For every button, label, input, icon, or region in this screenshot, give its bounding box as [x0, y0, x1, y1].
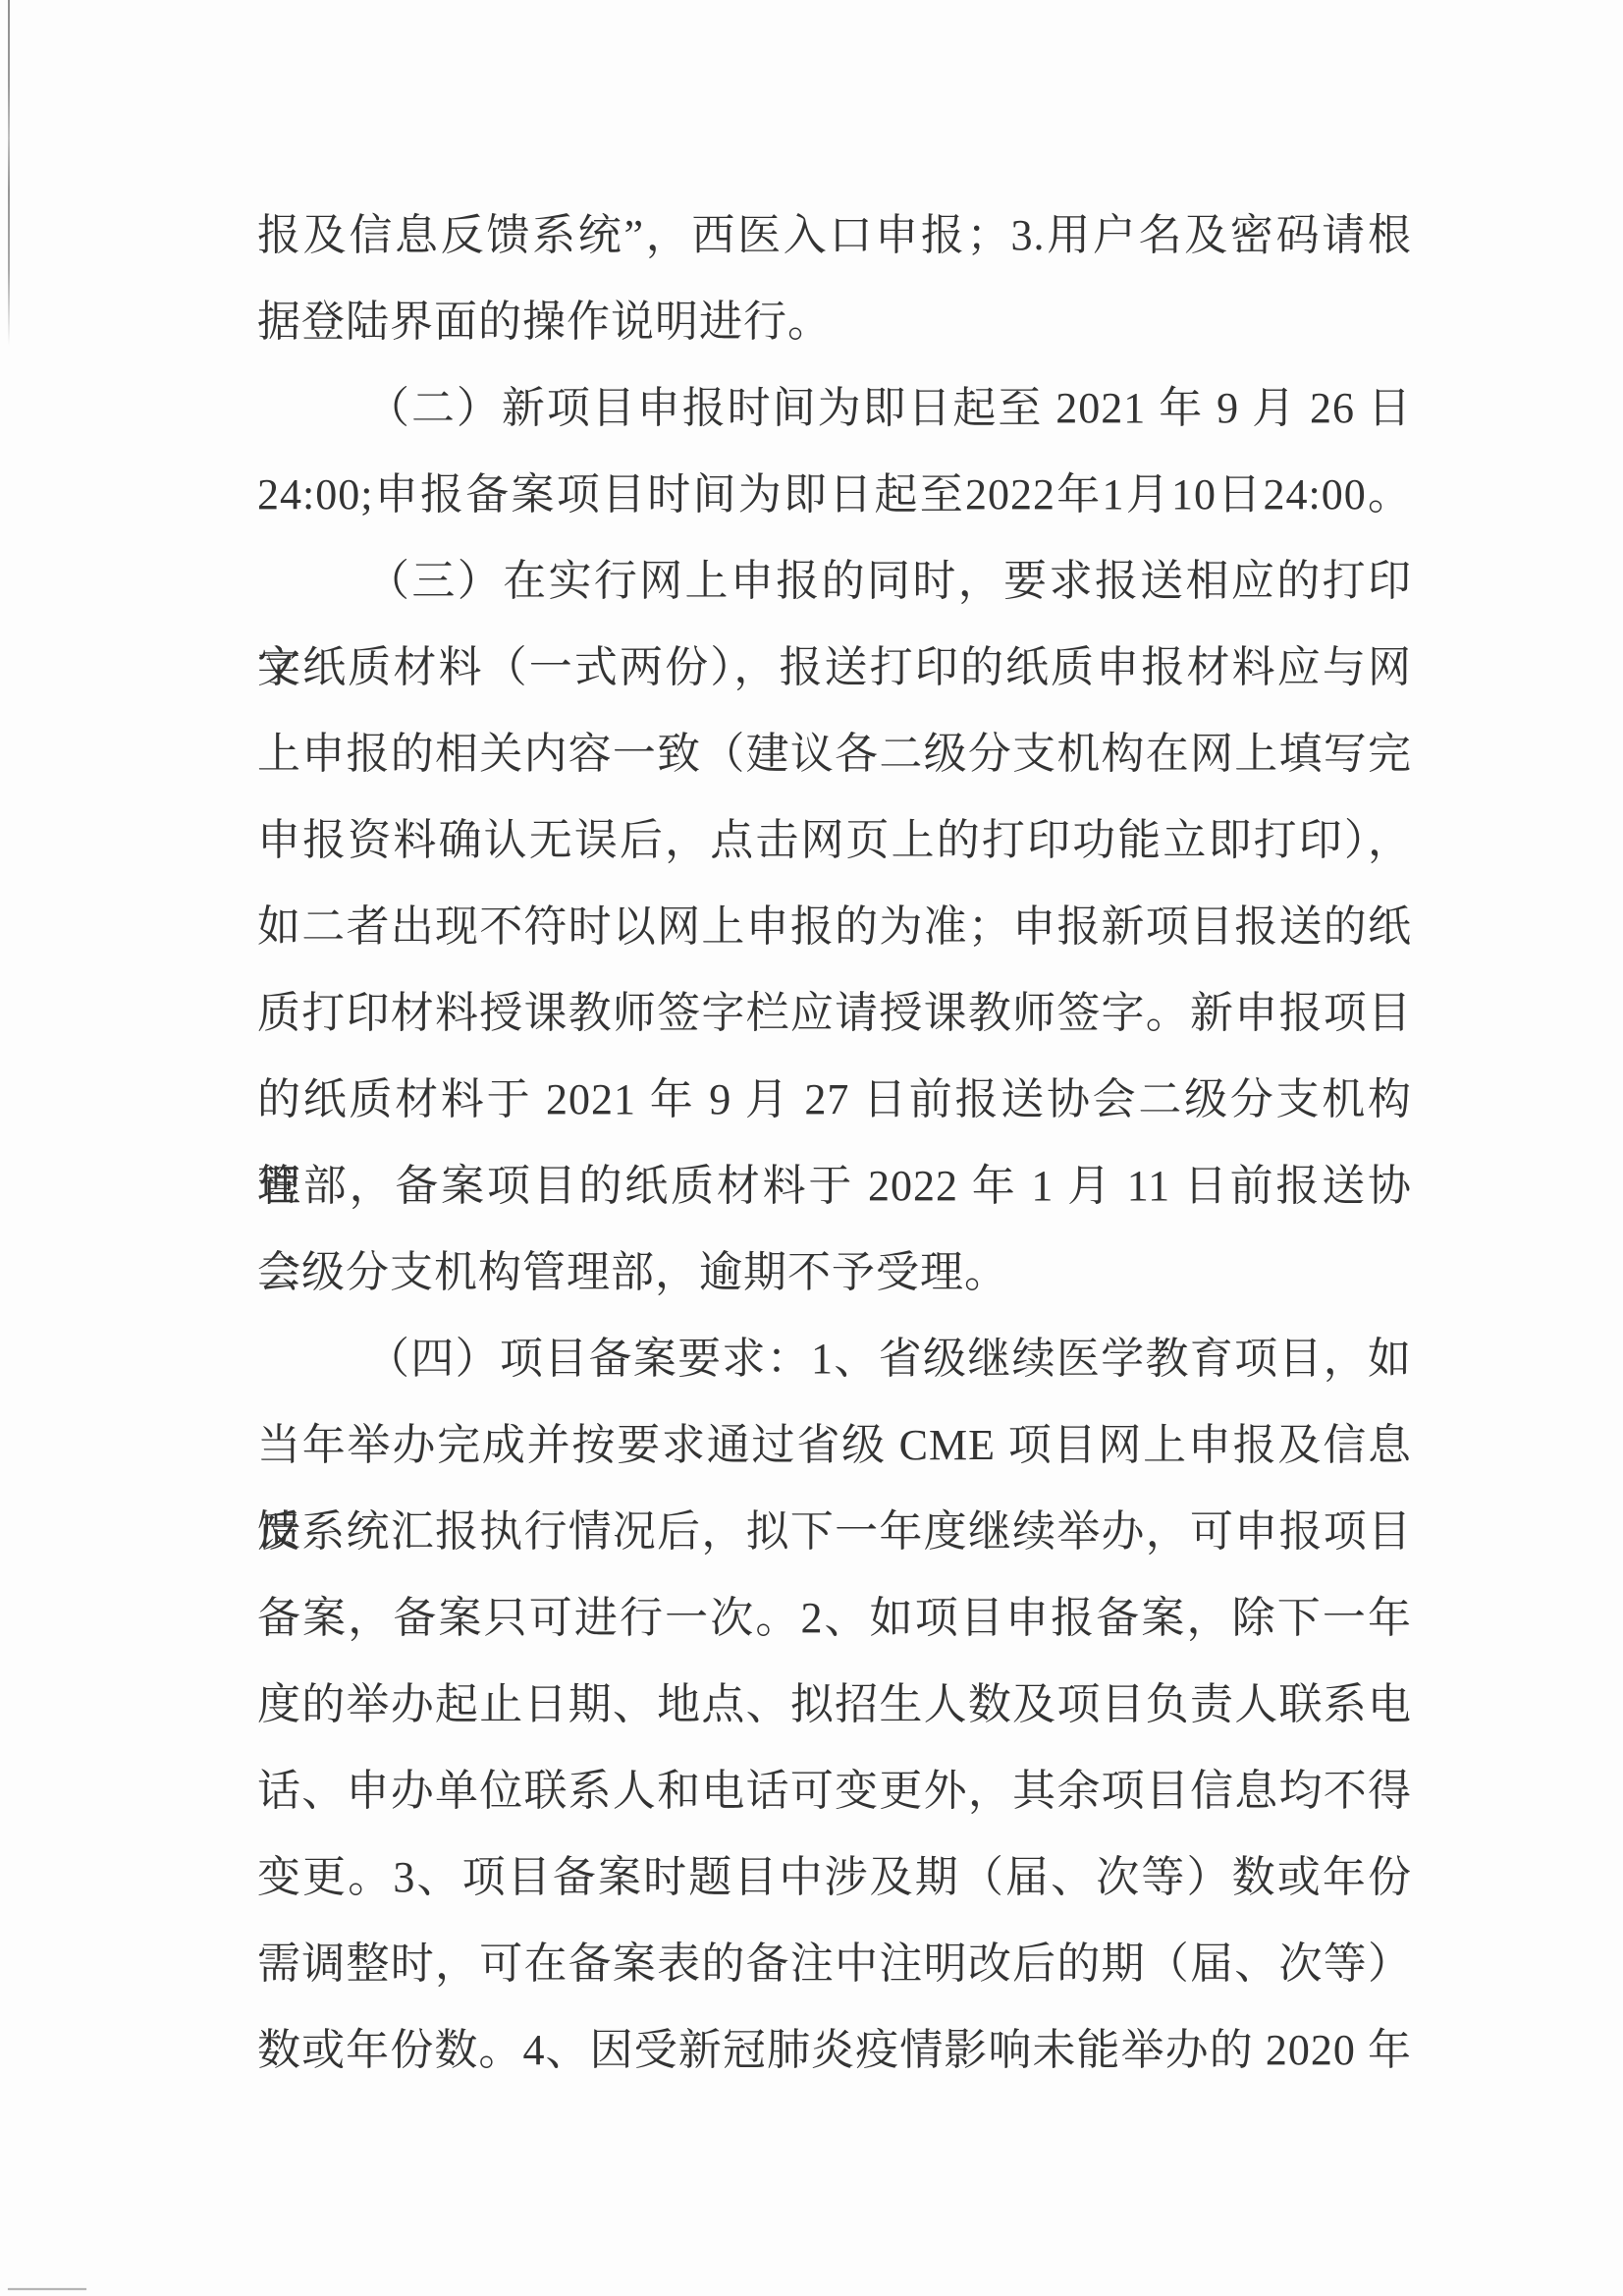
text-line: 需调整时，可在备案表的备注中注明改后的期（届、次等）: [257, 1921, 1412, 2007]
text-line: （二）新项目申报时间为即日起至 2021 年 9 月 26 日: [257, 365, 1412, 452]
scan-artifact-bottom-left-line: [8, 2288, 86, 2290]
text-line: 话、申办单位联系人和电话可变更外，其余项目信息均不得: [257, 1748, 1412, 1834]
text-line: 的纸质材料于 2021 年 9 月 27 日前报送协会二级分支机构管: [257, 1057, 1412, 1143]
text-line: （四）项目备案要求：1、省级继续医学教育项目，如: [257, 1316, 1412, 1402]
document-page: 报及信息反馈系统”，西医入口申报；3.用户名及密码请根 据登陆界面的操作说明进行…: [0, 0, 1623, 2296]
text-line: 报及信息反馈系统”，西医入口申报；3.用户名及密码请根: [257, 192, 1412, 279]
scan-artifact-left-edge-line: [8, 0, 10, 346]
text-line: 理部，备案项目的纸质材料于 2022 年 1 月 11 日前报送协会: [257, 1143, 1412, 1230]
text-line: 字纸质材料（一式两份），报送打印的纸质申报材料应与网: [257, 625, 1412, 711]
text-line: 二级分支机构管理部，逾期不予受理。: [257, 1230, 1412, 1316]
text-line: 馈系统汇报执行情况后，拟下一年度继续举办，可申报项目: [257, 1489, 1412, 1575]
text-line: 数或年份数。4、因受新冠肺炎疫情影响未能举办的 2020 年: [257, 2007, 1412, 2094]
text-line: （三）在实行网上申报的同时，要求报送相应的打印文: [257, 538, 1412, 625]
text-line: 申报资料确认无误后，点击网页上的打印功能立即打印），: [257, 797, 1412, 884]
text-line: 当年举办完成并按要求通过省级 CME 项目网上申报及信息反: [257, 1402, 1412, 1489]
document-body: 报及信息反馈系统”，西医入口申报；3.用户名及密码请根 据登陆界面的操作说明进行…: [257, 192, 1412, 2094]
text-line: 度的举办起止日期、地点、拟招生人数及项目负责人联系电: [257, 1662, 1412, 1748]
text-line: 24:00;申报备案项目时间为即日起至2022年1月10日24:00。: [257, 452, 1412, 538]
text-line: 上申报的相关内容一致（建议各二级分支机构在网上填写完: [257, 711, 1412, 797]
text-line: 如二者出现不符时以网上申报的为准；申报新项目报送的纸: [257, 884, 1412, 970]
text-line: 据登陆界面的操作说明进行。: [257, 279, 1412, 365]
text-line: 备案，备案只可进行一次。2、如项目申报备案，除下一年: [257, 1575, 1412, 1662]
text-line: 质打印材料授课教师签字栏应请授课教师签字。新申报项目: [257, 970, 1412, 1057]
text-line: 变更。3、项目备案时题目中涉及期（届、次等）数或年份: [257, 1834, 1412, 1921]
